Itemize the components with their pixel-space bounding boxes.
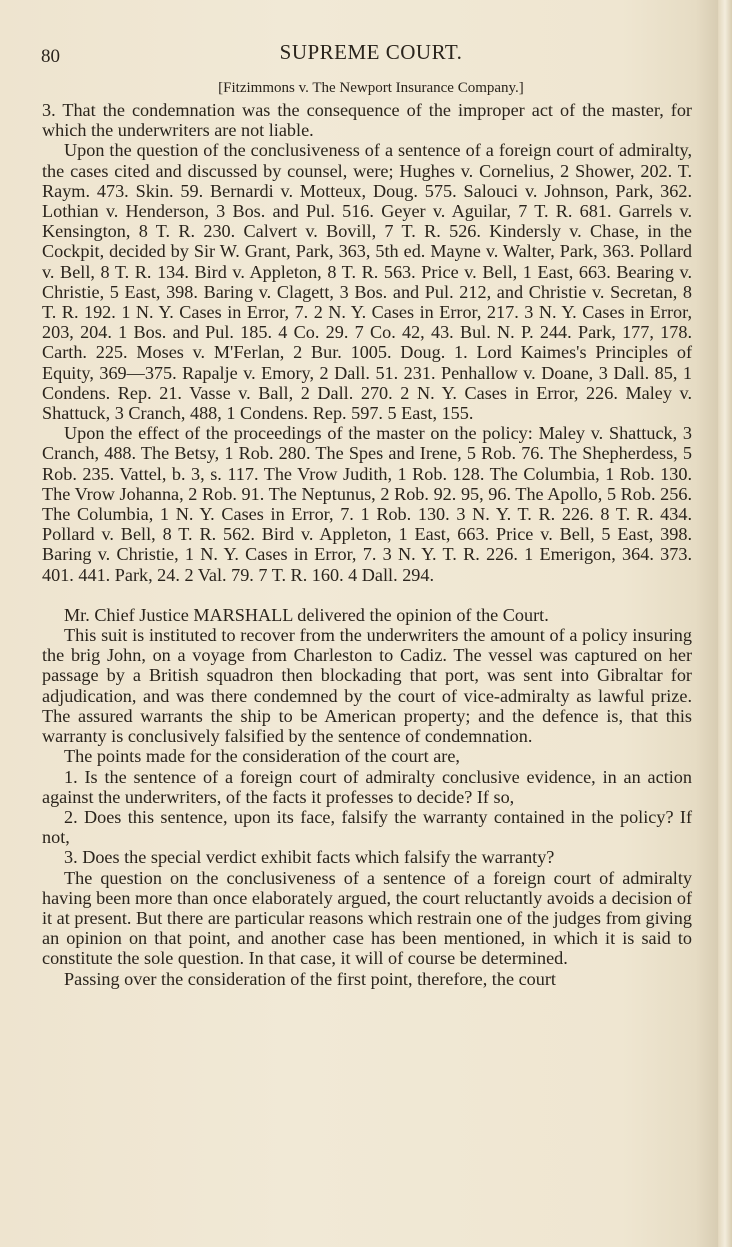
running-head: SUPREME COURT. [0,40,732,65]
case-title: [Fitzimmons v. The Newport Insurance Com… [0,80,732,97]
paragraph-points-intro: The points made for the consideration of… [42,746,692,766]
page-edge [718,0,732,1247]
paragraph-cases-master-effect: Upon the effect of the proceedings of th… [42,423,692,585]
paragraph-condemnation-point: 3. That the condemnation was the consequ… [42,100,692,140]
body-text: 3. That the condemnation was the consequ… [42,100,692,989]
paragraph-passing-over: Passing over the consideration of the fi… [42,969,692,989]
book-page: 80 SUPREME COURT. [Fitzimmons v. The New… [0,0,732,1247]
paragraph-cases-conclusiveness: Upon the question of the conclusiveness … [42,140,692,423]
paragraph-suit-facts: This suit is instituted to recover from … [42,625,692,746]
paragraph-conclusiveness-question: The question on the conclusiveness of a … [42,868,692,969]
paragraph-point-2: 2. Does this sentence, upon its face, fa… [42,807,692,847]
paragraph-opinion-intro: Mr. Chief Justice MARSHALL delivered the… [42,605,692,625]
paragraph-point-1: 1. Is the sentence of a foreign court of… [42,767,692,807]
paragraph-point-3: 3. Does the special verdict exhibit fact… [42,847,692,867]
